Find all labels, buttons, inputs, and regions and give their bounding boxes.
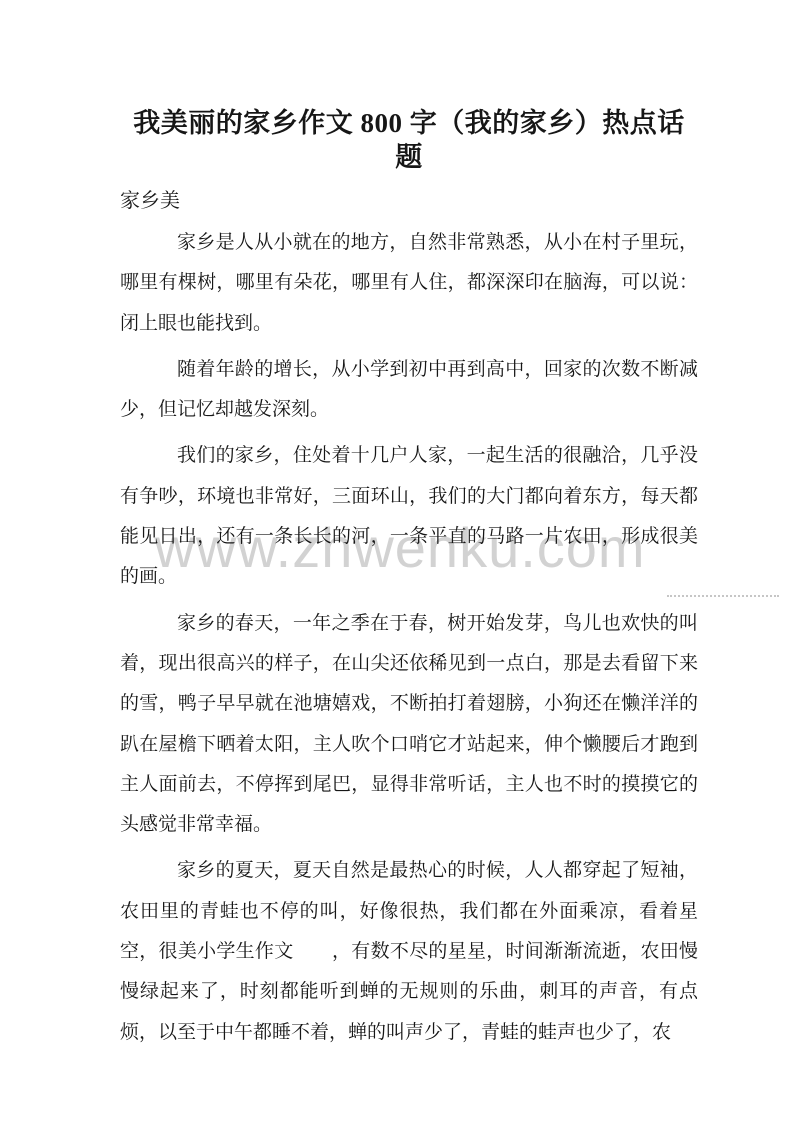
document-content: 我美丽的家乡作文 800 字（我的家乡）热点话题 家乡美 家乡是人从小就在的地方… <box>120 106 698 1059</box>
essay-body: 家乡是人从小就在的地方，自然非常熟悉，从小在村子里玩，哪里有棵树，哪里有朵花，哪… <box>120 223 698 1053</box>
paragraph: 家乡是人从小就在的地方，自然非常熟悉，从小在村子里玩，哪里有棵树，哪里有朵花，哪… <box>120 223 698 344</box>
paragraph: 家乡的春天，一年之季在于春，树开始发芽，鸟儿也欢快的叫着，现出很高兴的样子，在山… <box>120 604 698 846</box>
paragraph: 我们的家乡，住处着十几户人家，一起生活的很融洽，几乎没有争吵，环境也非常好，三面… <box>120 436 698 597</box>
paragraph: 家乡的夏天，夏天自然是最热心的时候，人人都穿起了短袖，农田里的青蛙也不停的叫，好… <box>120 851 698 1052</box>
paragraph: 随着年龄的增长，从小学到初中再到高中，回家的次数不断减少，但记忆却越发深刻。 <box>120 350 698 431</box>
page-title: 我美丽的家乡作文 800 字（我的家乡）热点话题 <box>120 106 698 174</box>
subtitle: 家乡美 <box>120 187 698 215</box>
document-page: www.zhwenku.com 我美丽的家乡作文 800 字（我的家乡）热点话题… <box>0 0 800 1132</box>
